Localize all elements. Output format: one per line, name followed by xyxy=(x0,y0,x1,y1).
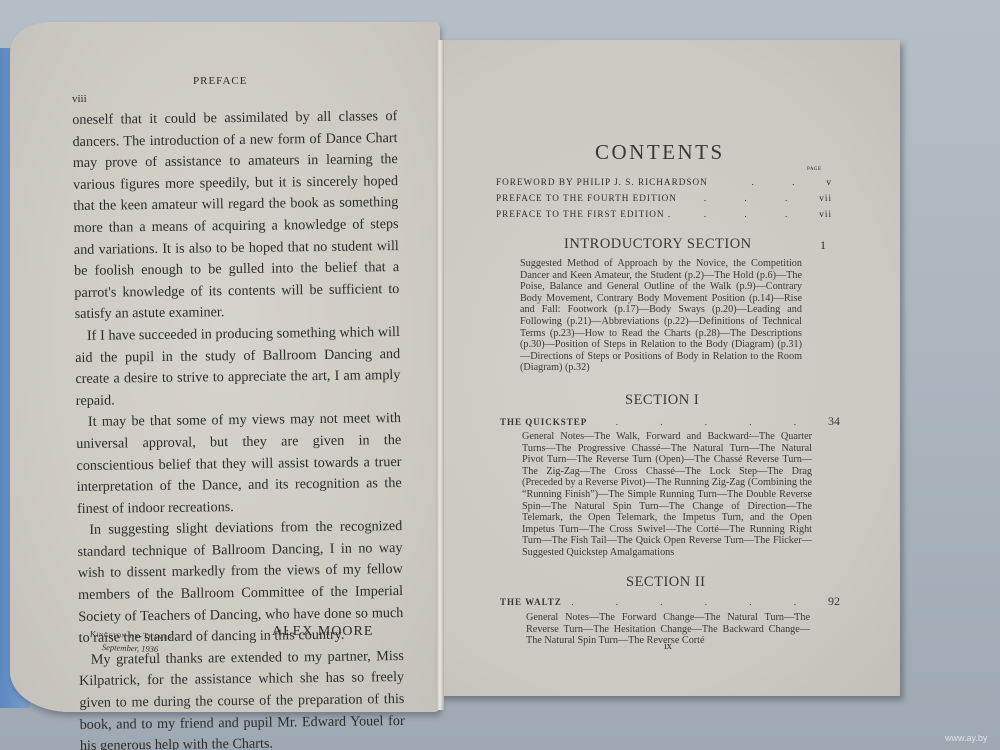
dance-page-number: 92 xyxy=(828,594,840,617)
toc-entry-page: vii xyxy=(819,209,832,219)
dance-page-number: 34 xyxy=(828,414,840,437)
toc-entry: PREFACE TO THE FOURTH EDITION . . . vii xyxy=(496,193,832,203)
section-heading-introductory: INTRODUCTORY SECTION xyxy=(564,236,752,253)
running-header: PREFACE xyxy=(193,75,247,87)
page-number-right: ix xyxy=(664,641,672,652)
toc-leader-dots: . . xyxy=(708,177,827,187)
toc-entry-page: vii xyxy=(819,193,832,203)
section-description: General Notes—The Walk, Forward and Back… xyxy=(522,431,812,559)
section-heading-1: SECTION I xyxy=(625,392,699,409)
toc-entry: FOREWORD BY PHILIP J. S. RICHARDSON . . … xyxy=(496,177,832,187)
toc-entry-label: PREFACE TO THE FOURTH EDITION xyxy=(496,193,677,203)
toc-entry-label: FOREWORD BY PHILIP J. S. RICHARDSON xyxy=(496,177,708,187)
toc-leader-dots: . . . xyxy=(677,193,819,203)
toc-entry: PREFACE TO THE FIRST EDITION . . . . vii xyxy=(496,209,832,219)
preface-paragraph: oneself that it could be assimilated by … xyxy=(72,106,400,326)
section-page-number: 1 xyxy=(820,238,826,253)
preface-paragraph: It may be that some of my views may not … xyxy=(76,408,402,520)
page-column-label: PAGE xyxy=(807,167,822,172)
contents-title: CONTENTS xyxy=(595,140,725,165)
toc-entry-page: v xyxy=(826,177,832,187)
toc-leader-dots: . . . xyxy=(671,209,819,219)
toc-entry-label: PREFACE TO THE FIRST EDITION . xyxy=(496,209,671,219)
preface-paragraph: My grateful thanks are extended to my pa… xyxy=(79,646,405,750)
signature-date: September, 1936 xyxy=(102,642,159,654)
section-description: Suggested Method of Approach by the Novi… xyxy=(520,258,802,374)
signature-author: ALEX MOORE xyxy=(272,624,373,640)
section-heading-2: SECTION II xyxy=(626,574,706,591)
watermark: www.ay.by xyxy=(945,733,987,743)
book-spine xyxy=(436,40,444,710)
preface-paragraph: If I have succeeded in producing somethi… xyxy=(75,322,401,412)
